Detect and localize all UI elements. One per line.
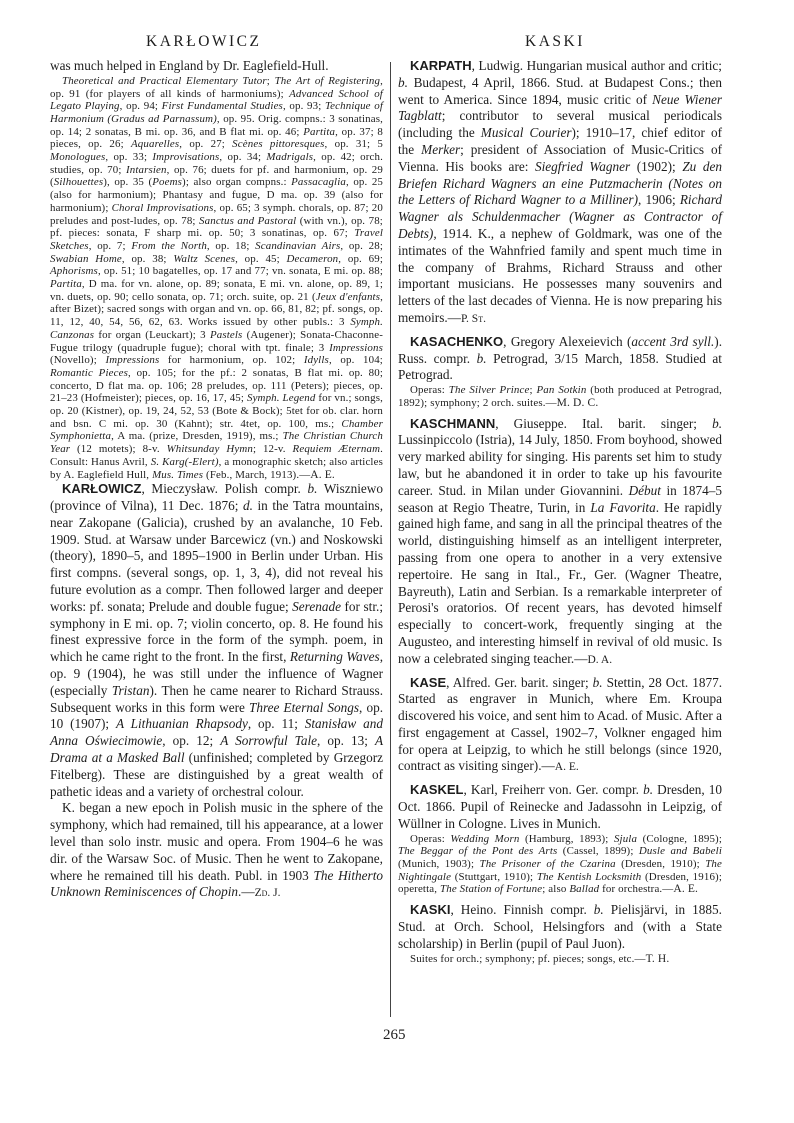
- entry-karpath: KARPATH, Ludwig. Hungarian musical autho…: [398, 58, 722, 328]
- works-list: Operas: The Silver Prince; Pan Sotkin (b…: [398, 384, 722, 409]
- entry-text: KASKEL, Karl, Freiherr von. Ger. compr. …: [398, 782, 722, 832]
- entry-text: KARŁOWICZ, Mieczysław. Polish compr. b. …: [50, 481, 383, 800]
- entry-text: KASCHMANN, Giuseppe. Ital. barit. singer…: [398, 416, 722, 669]
- works-list: Theoretical and Practical Elementary Tut…: [50, 75, 383, 482]
- running-header-left: KARŁOWICZ: [146, 33, 262, 51]
- entry-kaschmann: KASCHMANN, Giuseppe. Ital. barit. singer…: [398, 416, 722, 669]
- entry-text: KASACHENKO, Gregory Alexeievich (accent …: [398, 334, 722, 384]
- right-column: KARPATH, Ludwig. Hungarian musical autho…: [398, 58, 722, 965]
- author-signature: P. St.: [461, 313, 486, 325]
- entry-text: KARPATH, Ludwig. Hungarian musical autho…: [398, 58, 722, 328]
- entry-headword: KASCHMANN: [410, 416, 495, 431]
- column-divider: [390, 62, 391, 1017]
- author-signature: A. E.: [673, 883, 698, 895]
- author-signature: A. E.: [555, 761, 579, 773]
- page-number: 265: [383, 1027, 406, 1044]
- author-signature: Zd. J.: [255, 887, 281, 899]
- left-column: was much helped in England by Dr. Eaglef…: [50, 58, 383, 902]
- entry-headword: KASKEL: [410, 782, 463, 797]
- entry-kasachenko: KASACHENKO, Gregory Alexeievich (accent …: [398, 334, 722, 410]
- author-signature: T. H.: [646, 953, 670, 965]
- entry-karlowicz: KARŁOWICZ, Mieczysław. Polish compr. b. …: [50, 481, 383, 902]
- entry-headword: KASKI: [410, 902, 450, 917]
- author-signature: D. A.: [587, 654, 612, 666]
- entry-text: was much helped in England by Dr. Eaglef…: [50, 58, 383, 75]
- entry-headword: KASE: [410, 675, 446, 690]
- entry-headword: KASACHENKO: [410, 334, 503, 349]
- entry-text: KASKI, Heino. Finnish compr. b. Pielisjä…: [398, 902, 722, 952]
- entry-karg-elert-continuation: was much helped in England by Dr. Eaglef…: [50, 58, 383, 481]
- author-signature: M. D. C.: [557, 397, 599, 409]
- entry-kaski: KASKI, Heino. Finnish compr. b. Pielisjä…: [398, 902, 722, 965]
- entry-text: KASE, Alfred. Ger. barit. singer; b. Ste…: [398, 675, 722, 777]
- entry-headword: KARŁOWICZ: [62, 481, 141, 496]
- entry-headword: KARPATH: [410, 58, 472, 73]
- entry-kase: KASE, Alfred. Ger. barit. singer; b. Ste…: [398, 675, 722, 777]
- entry-kaskel: KASKEL, Karl, Freiherr von. Ger. compr. …: [398, 782, 722, 896]
- works-list: Suites for orch.; symphony; pf. pieces; …: [398, 953, 722, 966]
- author-signature: A. E.: [310, 469, 335, 481]
- entry-text: K. began a new epoch in Polish music in …: [50, 800, 383, 902]
- works-list: Operas: Wedding Morn (Hamburg, 1893); Sj…: [398, 833, 722, 897]
- running-header-right: KASKI: [525, 33, 585, 51]
